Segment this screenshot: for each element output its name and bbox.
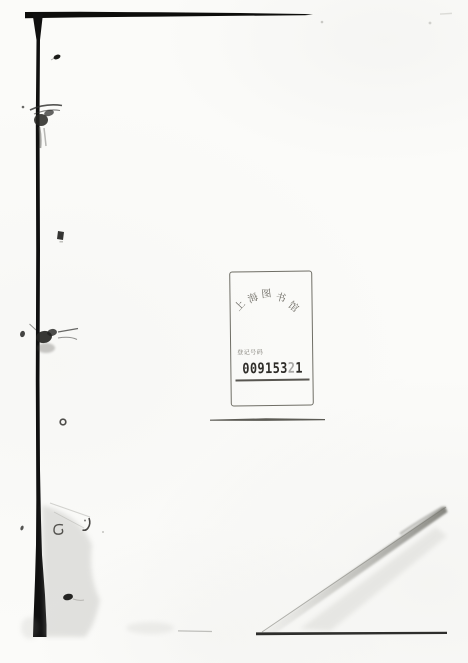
registration-number: 00915321 <box>242 361 303 378</box>
scanned-book-page: 上 海 图 书 馆 登记号码 00915321 <box>0 0 468 663</box>
ink-mark-square <box>57 231 64 243</box>
registration-underline <box>235 379 309 382</box>
ink-dot-upper <box>53 54 61 61</box>
bottom-edge-line <box>256 632 447 635</box>
paper-speck <box>429 22 432 25</box>
paper-speck <box>321 21 324 24</box>
j-mark <box>83 518 90 530</box>
bottom-edge-faint-line <box>178 630 212 632</box>
top-edge-line <box>25 12 313 18</box>
ring-mark <box>60 419 66 425</box>
corner-fold <box>262 506 448 633</box>
stamp-char-guan: 馆 <box>286 301 300 315</box>
registration-number-faded-digit: 2 <box>288 361 296 377</box>
corner-fold-edge <box>262 507 446 632</box>
registration-number-part: 009153 <box>242 361 288 378</box>
stamp-char-tu: 图 <box>261 290 272 301</box>
library-stamp: 上 海 图 书 馆 登记号码 00915321 <box>229 270 314 406</box>
below-stamp-line <box>210 418 325 421</box>
ink-splat-middle <box>19 324 78 353</box>
registration-number-part: 1 <box>295 361 303 377</box>
paper-speck <box>440 13 452 15</box>
ink-splat-upper <box>22 105 62 148</box>
corner-fold-haze <box>300 527 447 631</box>
stamp-char-shu: 书 <box>274 293 286 305</box>
stamp-char-shang: 上 <box>234 299 248 313</box>
registration-label: 登记号码 <box>237 347 263 356</box>
stamp-char-hai: 海 <box>247 293 260 306</box>
ink-dot-tail <box>51 58 55 60</box>
spine-bottom-haze <box>21 617 39 639</box>
